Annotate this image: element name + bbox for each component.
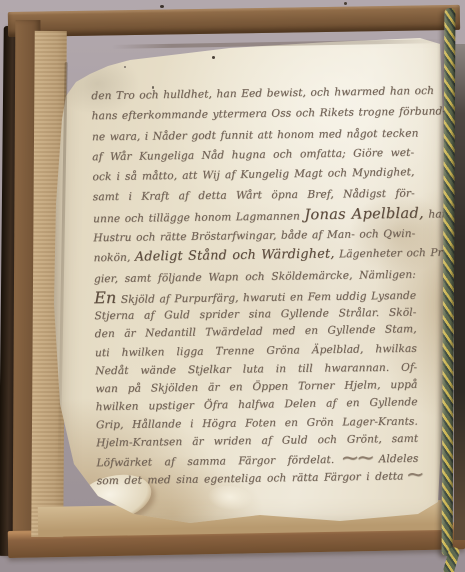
fore-edge-shadow	[454, 44, 465, 540]
calligraphic-flourish: ~	[406, 461, 422, 489]
line-text: af Wår Kungeliga Nåd hugna och omfatta; …	[92, 147, 414, 163]
manuscript-line: ne wara, i Nåder godt funnit att honom m…	[92, 123, 414, 147]
line-text: Hustru och rätte Bröstarfwingar, både af…	[93, 228, 415, 244]
line-text: ne wara, i Nåder godt funnit att honom m…	[92, 127, 419, 143]
ink-speck	[212, 56, 215, 59]
line-text: ock i så måtto, att Wij af Kungelig Magt…	[92, 166, 414, 183]
line-text: den Tro och hulldhet, han Eed bewist, oc…	[91, 85, 434, 102]
page-curl-bottom	[207, 484, 253, 512]
line-text: Nedåt wände Stjelkar luta in till hwaran…	[95, 361, 417, 377]
manuscript-text-block: den Tro och hulldhet, han Eed bewist, oc…	[91, 82, 419, 489]
grantee-name: Jonas Apelblad,	[304, 205, 424, 223]
decorated-initial: En	[94, 288, 116, 307]
manuscript-photo: den Tro och hulldhet, han Eed bewist, oc…	[0, 0, 465, 572]
dirt-speck	[124, 66, 126, 68]
line-text: wan på Skjölden är en Öppen Torner Hjelm…	[95, 379, 417, 395]
line-text: hans efterkommande yttermera Oss och Rik…	[92, 106, 447, 123]
manuscript-line: samt i Kraft af detta Wårt öpna Bref, Nå…	[93, 184, 415, 208]
line-text: gier, samt följande Wapn och Sköldemärck…	[94, 268, 416, 284]
dirt-speck	[160, 5, 164, 8]
line-text: Grip, Hållande i Högra Foten en Grön Lag…	[96, 416, 418, 432]
manuscript-line: Nedåt wände Stjelkar luta in till hwaran…	[95, 358, 417, 380]
ink-speck	[152, 86, 154, 89]
nobility-grant-phrase: Adeligt Stånd och Wärdighet,	[135, 247, 335, 265]
line-text: samt i Kraft af detta Wårt öpna Bref, Nå…	[93, 188, 415, 204]
line-text: Löfwärket af samma Färgor fördelat.	[96, 454, 334, 469]
line-text: unne och tillägge honom Lagmannen	[93, 210, 300, 225]
line-text: som det med sina egenteliga och rätta Fä…	[97, 470, 404, 487]
book-cover-top-edge	[8, 5, 460, 37]
line-text: uti hwilken ligga Trenne Gröna Äpelblad,…	[95, 342, 417, 358]
line-text: nokön,	[94, 252, 131, 265]
line-text: hwilken upstiger Öfra halfwa Delen af en…	[96, 396, 418, 413]
dirt-speck	[344, 2, 347, 5]
line-text: den är Nedantill Twärdelad med en Gyllen…	[95, 324, 417, 341]
